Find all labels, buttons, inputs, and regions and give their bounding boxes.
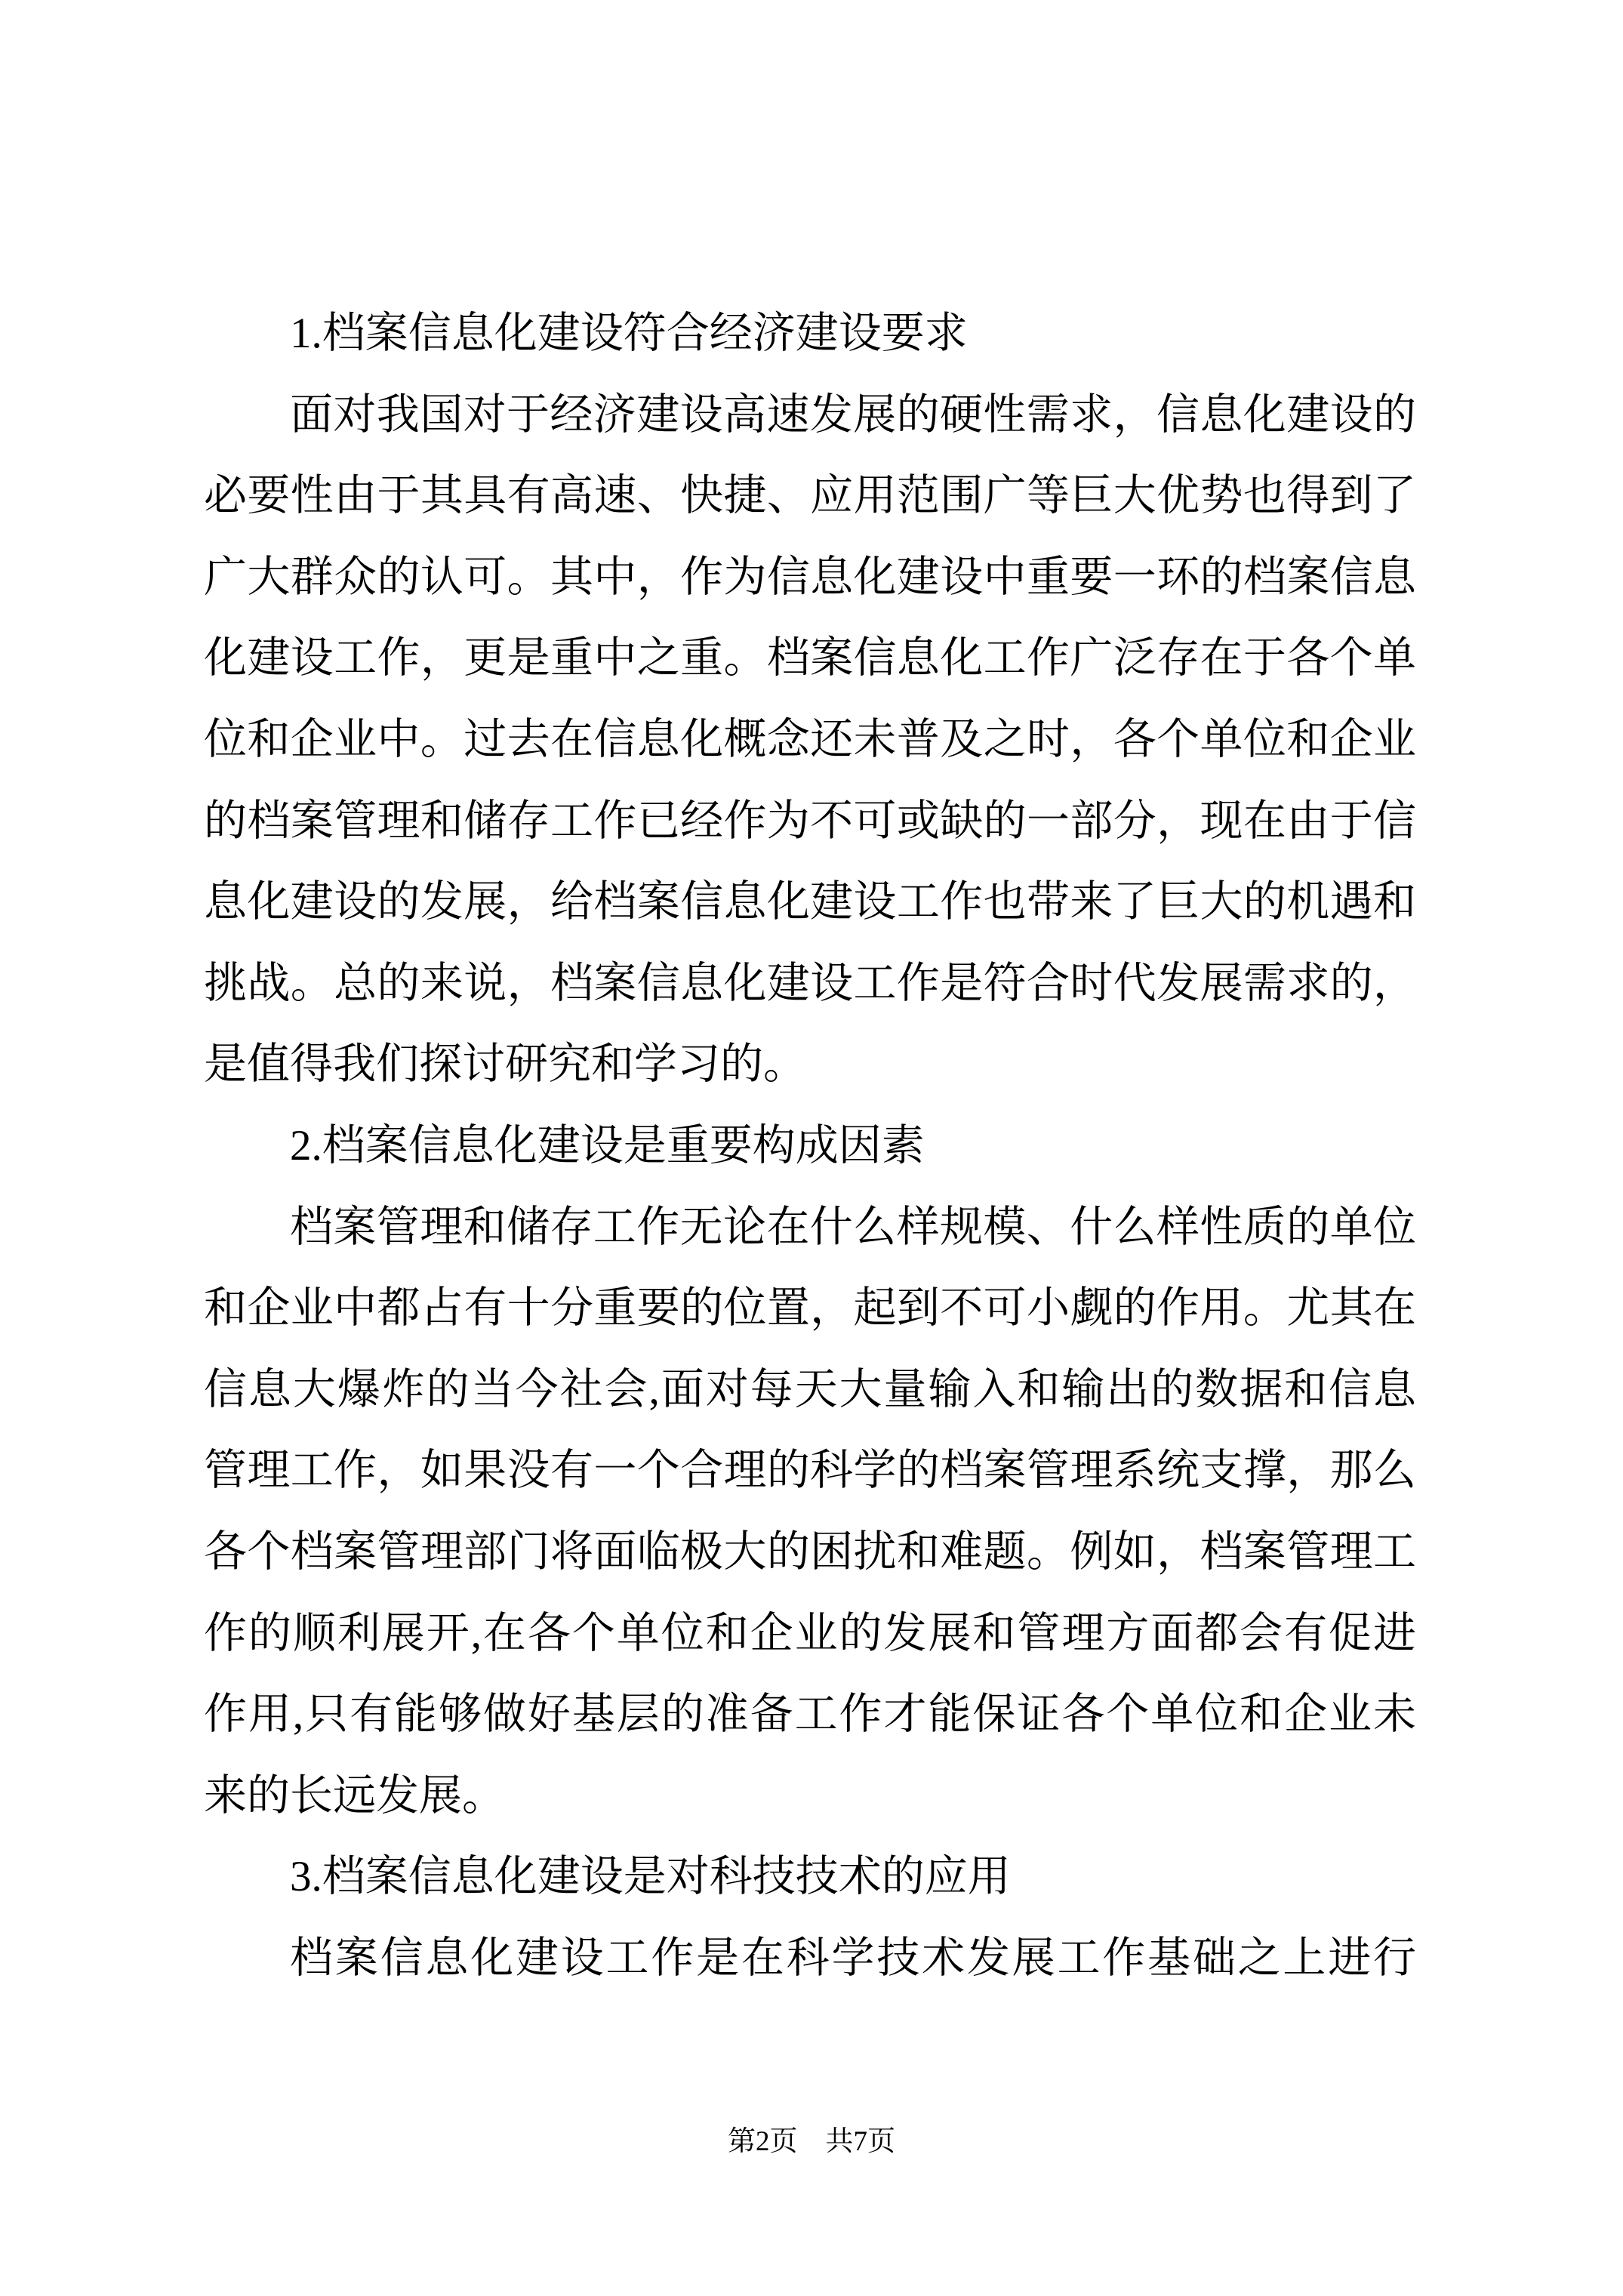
text-line: 档案管理和储存工作无论在什么样规模、什么样性质的单位 xyxy=(204,1187,1416,1268)
page-number-text: 第2页 共7页 xyxy=(728,2126,895,2157)
section-heading: 1.档案信息化建设符合经济建设要求 xyxy=(204,293,1416,374)
page-footer: 第2页 共7页 xyxy=(0,2125,1623,2159)
text-line: 息化建设的发展，给档案信息化建设工作也带来了巨大的机遇和 xyxy=(204,861,1416,943)
text-line: 来的长远发展。 xyxy=(204,1755,1416,1837)
text-line: 作的顺利展开,在各个单位和企业的发展和管理方面都会有促进 xyxy=(204,1593,1416,1675)
text-line: 档案信息化建设工作是在科学技术发展工作基础之上进行 xyxy=(204,1918,1416,1999)
text-line: 化建设工作，更是重中之重。档案信息化工作广泛存在于各个单 xyxy=(204,618,1416,699)
section-heading: 2.档案信息化建设是重要构成因素 xyxy=(204,1105,1416,1187)
text-line: 是值得我们探讨研究和学习的。 xyxy=(204,1024,1416,1105)
document-body: 1.档案信息化建设符合经济建设要求面对我国对于经济建设高速发展的硬性需求，信息化… xyxy=(204,293,1416,1999)
text-line: 广大群众的认可。其中，作为信息化建设中重要一环的档案信息 xyxy=(204,537,1416,618)
text-line: 作用,只有能够做好基层的准备工作才能保证各个单位和企业未 xyxy=(204,1674,1416,1755)
text-line: 的档案管理和储存工作已经作为不可或缺的一部分，现在由于信 xyxy=(204,781,1416,862)
text-line: 各个档案管理部门将面临极大的困扰和难题。例如，档案管理工 xyxy=(204,1512,1416,1593)
text-line: 管理工作，如果没有一个合理的科学的档案管理系统支撑，那么 xyxy=(204,1430,1416,1512)
text-line: 信息大爆炸的当今社会,面对每天大量输入和输出的数据和信息 xyxy=(204,1349,1416,1431)
text-line: 位和企业中。过去在信息化概念还未普及之时，各个单位和企业 xyxy=(204,699,1416,781)
text-line: 和企业中都占有十分重要的位置，起到不可小觑的作用。尤其在 xyxy=(204,1268,1416,1349)
text-line: 挑战。总的来说，档案信息化建设工作是符合时代发展需求的， xyxy=(204,943,1416,1025)
text-line: 必要性由于其具有高速、快捷、应用范围广等巨大优势也得到了 xyxy=(204,455,1416,537)
text-line: 面对我国对于经济建设高速发展的硬性需求，信息化建设的 xyxy=(204,374,1416,456)
section-heading: 3.档案信息化建设是对科技技术的应用 xyxy=(204,1836,1416,1918)
